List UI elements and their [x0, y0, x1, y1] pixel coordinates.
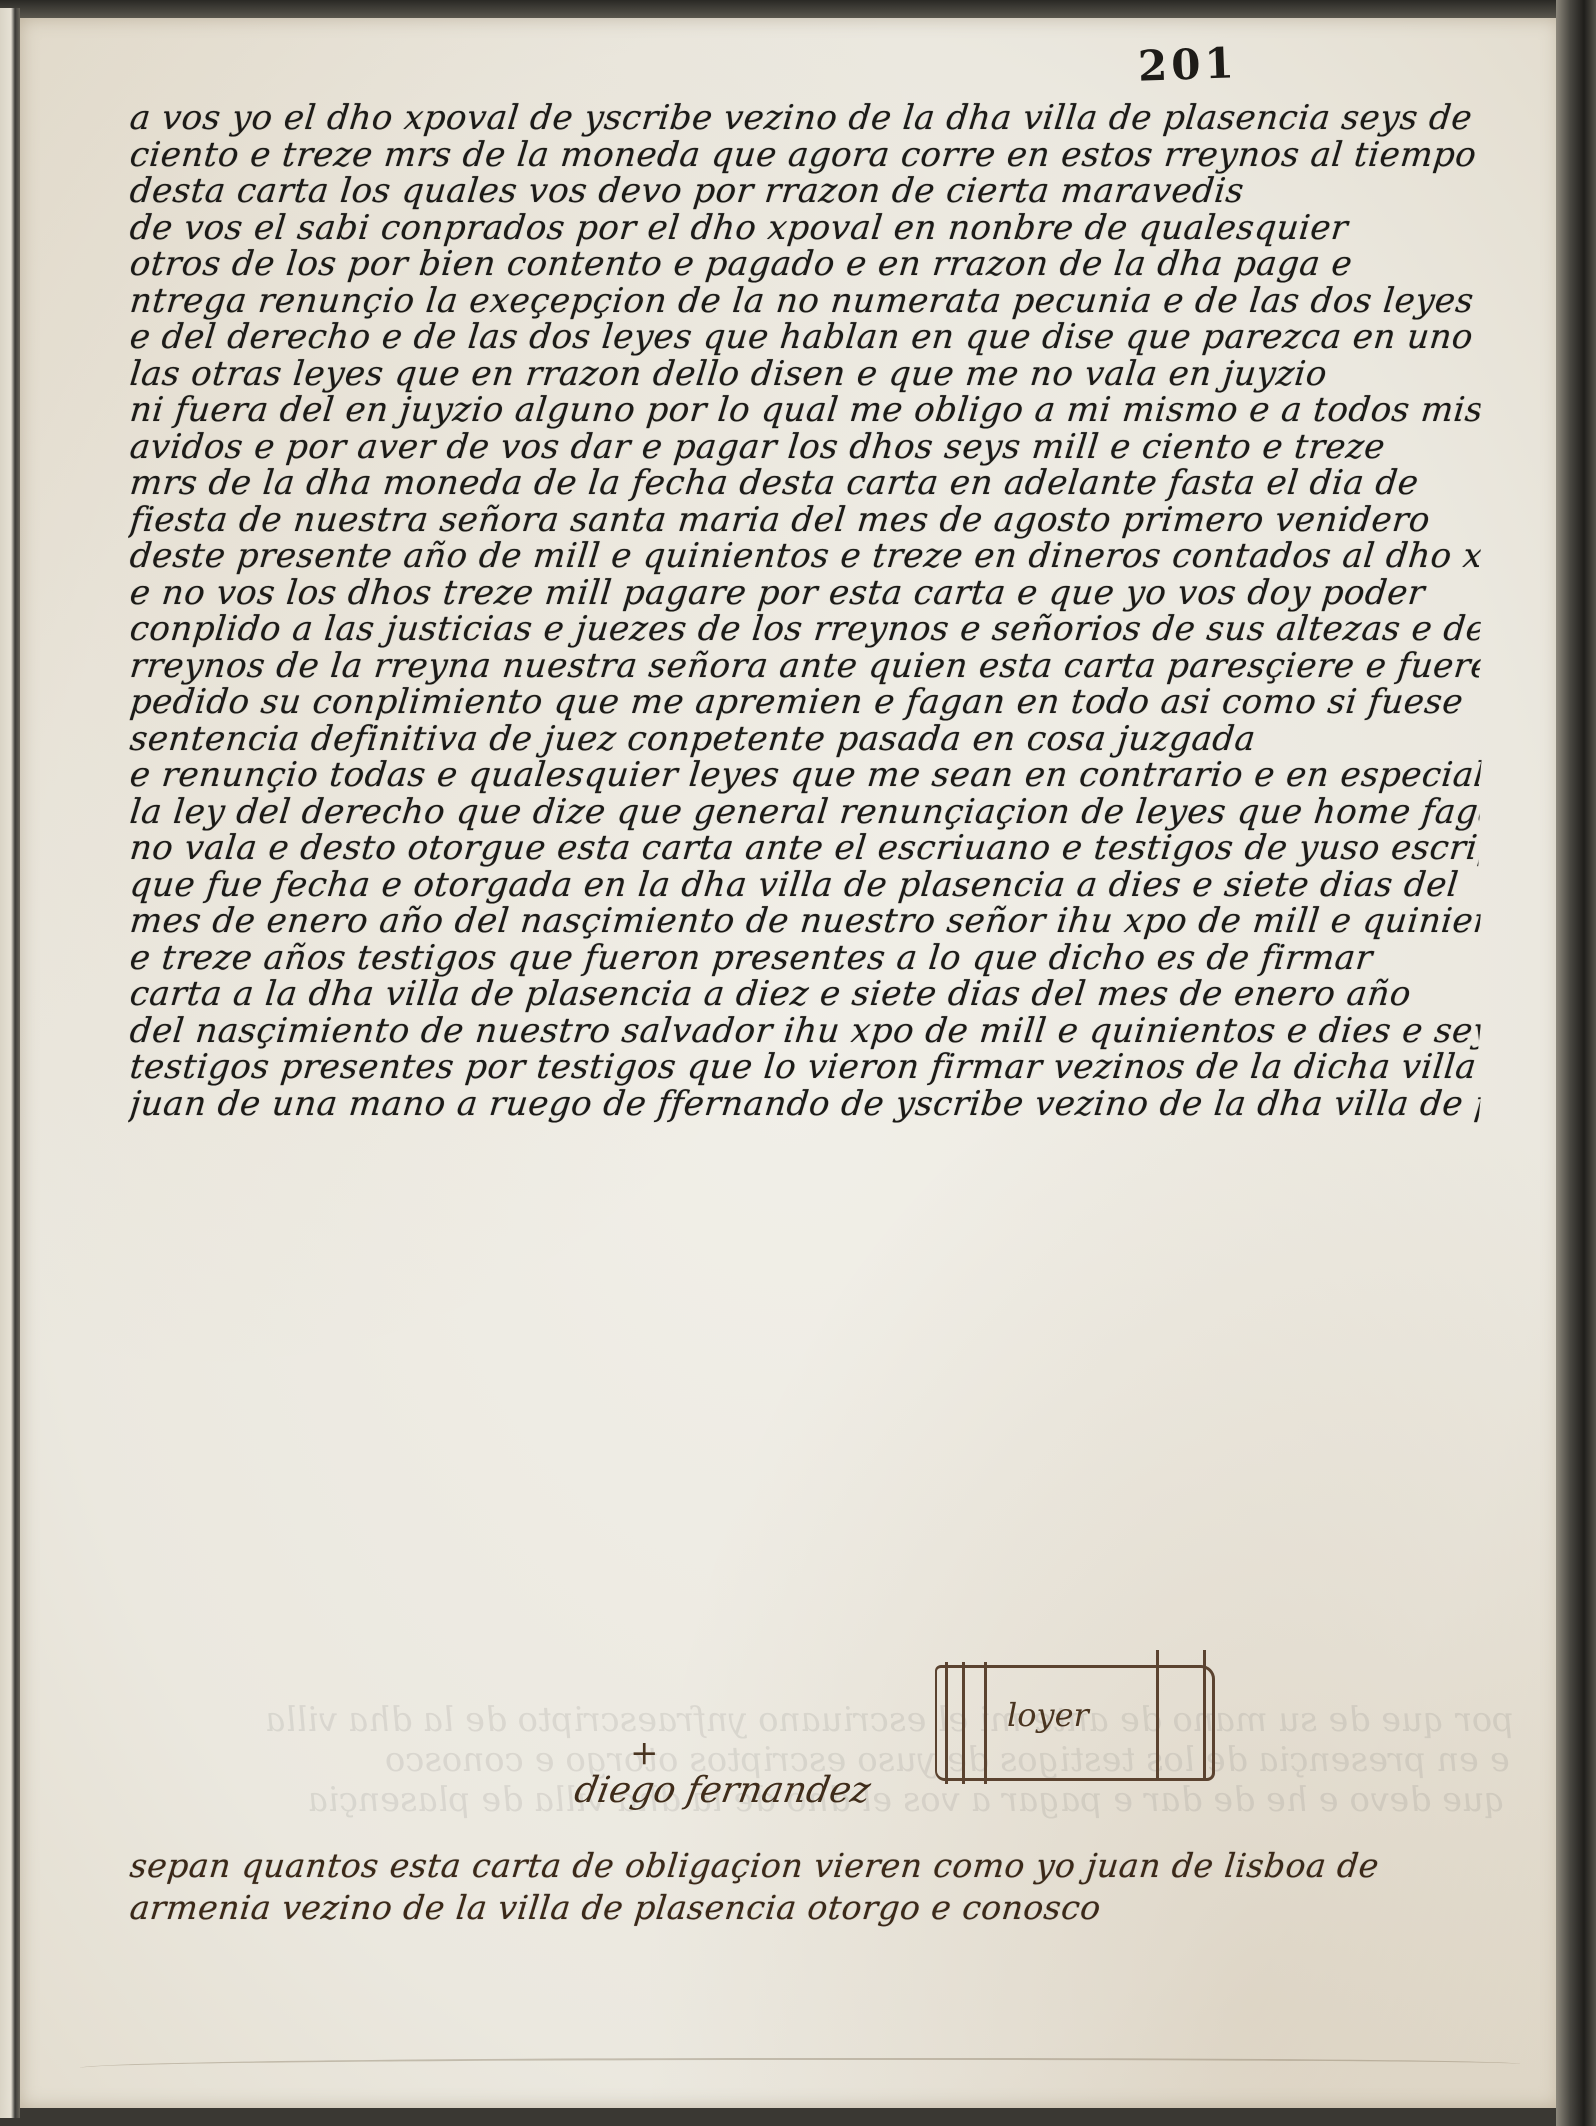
cross-mark-icon: + [630, 1733, 659, 1773]
text-line: deste presente año de mill e quinientos … [128, 538, 1482, 575]
text-line: otros de los por bien contento e pagado … [128, 246, 1482, 283]
text-line: ni fuera del en juyzio alguno por lo qua… [128, 392, 1482, 429]
main-text-block: a vos yo el dho xpoval de yscribe vezino… [130, 100, 1480, 1122]
bleed-line: por que de su mano de ante mi el escriua… [132, 1700, 1516, 1740]
text-line: avidos e por aver de vos dar e pagar los… [128, 429, 1482, 466]
text-line: e del derecho e de las dos leyes que hab… [128, 319, 1482, 356]
text-line: armenia vezino de la villa de plasencia … [128, 1887, 1512, 1929]
text-line: rreynos de la rreyna nuestra señora ante… [128, 648, 1482, 685]
text-line: e treze años testigos que fueron present… [128, 940, 1482, 977]
text-line: juan de una mano a ruego de ffernando de… [128, 1086, 1482, 1123]
text-line: mes de enero año del nasçimiento de nues… [128, 903, 1482, 940]
text-line: fiesta de nuestra señora santa maria del… [128, 502, 1482, 539]
text-line: testigos presentes por testigos que lo v… [128, 1049, 1482, 1086]
right-binding-edge [1556, 0, 1596, 2126]
verso-page-edge [0, 8, 20, 2118]
text-line: desta carta los quales vos devo por rraz… [128, 173, 1482, 210]
text-line: de vos el sabi conprados por el dho xpov… [128, 210, 1482, 247]
text-line: e no vos los dhos treze mill pagare por … [128, 575, 1482, 612]
text-line: ciento e treze mrs de la moneda que agor… [128, 137, 1482, 174]
folio-number: 201 [1137, 38, 1238, 90]
text-line: la ley del derecho que dize que general … [128, 794, 1482, 831]
text-line: sentencia definitiva de juez conpetente … [128, 721, 1482, 758]
closing-paragraph: sepan quantos esta carta de obligaçion v… [130, 1845, 1510, 1929]
rubric-text: loyer [1007, 1696, 1089, 1734]
text-line: pedido su conplimiento que me apremien e… [128, 684, 1482, 721]
notary-rubric: loyer [935, 1665, 1215, 1781]
text-line: sepan quantos esta carta de obligaçion v… [128, 1845, 1512, 1887]
text-line: no vala e desto otorgue esta carta ante … [128, 830, 1482, 867]
text-line: conplido a las justicias e juezes de los… [128, 611, 1482, 648]
text-line: ntrega renunçio la exeçepçion de la no n… [128, 283, 1482, 320]
text-line: las otras leyes que en rrazon dello dise… [128, 356, 1482, 393]
manuscript-scan: 201 por que de su mano de ante mi el esc… [0, 0, 1596, 2126]
rubric-flourish-right-icon [1156, 1650, 1206, 1780]
text-line: a vos yo el dho xpoval de yscribe vezino… [128, 100, 1482, 137]
signature: diego fernandez [571, 1770, 873, 1811]
top-binding-edge [0, 0, 1596, 18]
text-line: del nasçimiento de nuestro salvador ihu … [128, 1013, 1482, 1050]
text-line: mrs de la dha moneda de la fecha desta c… [128, 465, 1482, 502]
text-line: que fue fecha e otorgada en la dha villa… [128, 867, 1482, 904]
text-line: carta a la dha villa de plasencia a diez… [128, 976, 1482, 1013]
rubric-flourish-left-icon [945, 1662, 987, 1784]
text-line: e renunçio todas e qualesquier leyes que… [128, 757, 1482, 794]
